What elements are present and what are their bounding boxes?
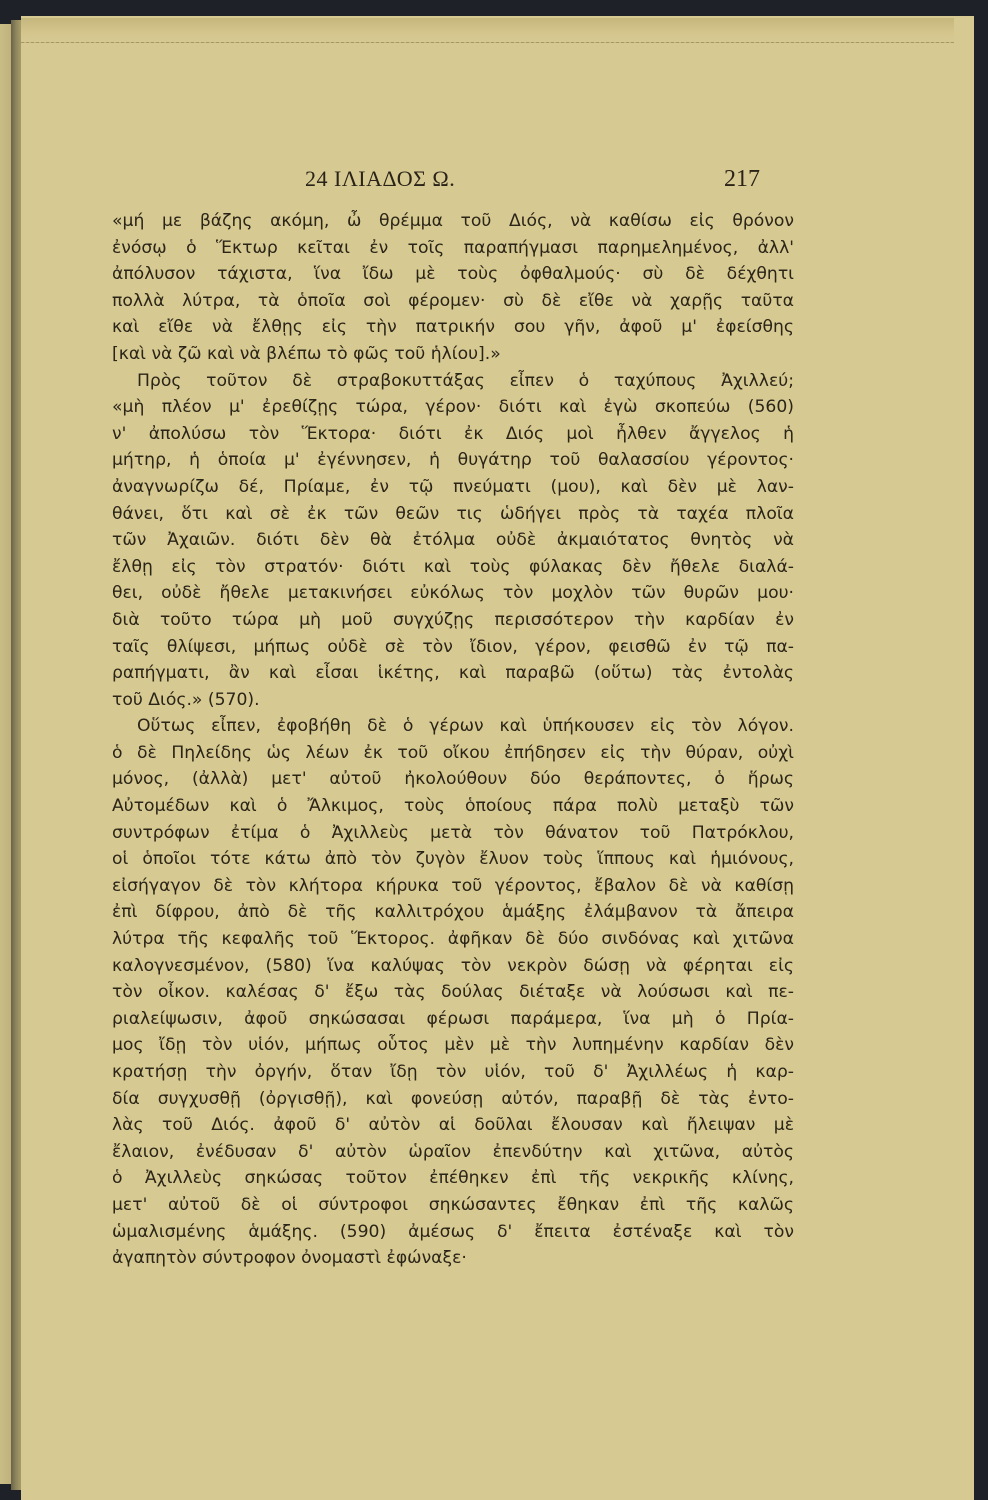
text-line: ἀγαπητὸν σύντροφον ὀνομαστὶ ἐφώναξε· bbox=[112, 1245, 794, 1272]
text-line: μήτηρ, ἡ ὁποία μ' ἐγέννησεν, ἡ θυγάτηρ τ… bbox=[112, 447, 794, 474]
text-line: διὰ τοῦτο τώρα μὴ μοῦ συγχύζῃς περισσότε… bbox=[112, 607, 794, 634]
text-line: Οὕτως εἶπεν, ἐφοβήθη δὲ ὁ γέρων καὶ ὑπήκ… bbox=[112, 713, 794, 740]
text-line: λύτρα τῆς κεφαλῆς τοῦ Ἕκτορος. ἀφῆκαν δὲ… bbox=[112, 926, 794, 953]
text-line: ἔλθῃ εἰς τὸν στρατόν· διότι καὶ τοὺς φύλ… bbox=[112, 554, 794, 581]
text-line: θάνει, ὅτι καὶ σὲ ἐκ τῶν θεῶν τις ὡδήγει… bbox=[112, 501, 794, 528]
text-line: ταῖς θλίψεσι, μήπως οὐδὲ σὲ τὸν ἴδιον, γ… bbox=[112, 634, 794, 661]
text-line: Αὐτομέδων καὶ ὁ Ἄλκιμος, τοὺς ὁποίους πά… bbox=[112, 793, 794, 820]
text-line: ὁ Ἀχιλλεὺς σηκώσας τοῦτον ἐπέθηκεν ἐπὶ τ… bbox=[112, 1165, 794, 1192]
text-line: ἔλαιον, ἐνέδυσαν δ' αὐτὸν ὡραῖον ἐπενδύτ… bbox=[112, 1139, 794, 1166]
body-text: «μή με βάζης ακόμη, ὦ θρέμμα τοῦ Διός, ν… bbox=[112, 208, 794, 1272]
text-line: οἱ ὁποῖοι τότε κάτω ἀπὸ τὸν ζυγὸν ἔλυον … bbox=[112, 846, 794, 873]
page-top-fold bbox=[21, 18, 954, 43]
text-line: δία συγχυσθῇ (ὀργισθῇ), καὶ φονεύσῃ αὐτό… bbox=[112, 1086, 794, 1113]
text-line: τῶν Ἀχαιῶν. διότι δὲν θὰ ἐτόλμα οὐδὲ ἀκμ… bbox=[112, 527, 794, 554]
text-line: συντρόφων ἐτίμα ὁ Ἀχιλλεὺς μετὰ τὸν θάνα… bbox=[112, 820, 794, 847]
text-line: «μὴ πλέον μ' ἐρεθίζῃς τώρα, γέρον· διότι… bbox=[112, 394, 794, 421]
text-line: καλογνεσμένον, (580) ἵνα καλύψας τὸν νεκ… bbox=[112, 953, 794, 980]
text-line: «μή με βάζης ακόμη, ὦ θρέμμα τοῦ Διός, ν… bbox=[112, 208, 794, 235]
text-line: θει, οὐδὲ ἤθελε μετακινήσει εὐκόλως τὸν … bbox=[112, 580, 794, 607]
text-line: [καὶ νὰ ζῶ καὶ νὰ βλέπω τὸ φῶς τοῦ ἡλίου… bbox=[112, 341, 794, 368]
text-line: μόνος, (ἀλλὰ) μετ' αὐτοῦ ἠκολούθουν δύο … bbox=[112, 766, 794, 793]
text-line: ἀπόλυσον τάχιστα, ἵνα ἴδω μὲ τοὺς ὀφθαλμ… bbox=[112, 261, 794, 288]
text-line: ριαλείψωσιν, ἀφοῦ σηκώσασαι φέρωσι παράμ… bbox=[112, 1006, 794, 1033]
text-line: μος ἴδῃ τὸν υἱόν, μήπως οὗτος μὲν μὲ τὴν… bbox=[112, 1032, 794, 1059]
text-line: πολλὰ λύτρα, τὰ ὁποῖα σοὶ φέρομεν· σὺ δὲ… bbox=[112, 288, 794, 315]
text-line: ὁ δὲ Πηλείδης ὡς λέων ἐκ τοῦ οἴκου ἐπήδη… bbox=[112, 740, 794, 767]
text-line: λὰς τοῦ Διός. ἀφοῦ δ' αὐτὸν αἱ δοῦλαι ἔλ… bbox=[112, 1112, 794, 1139]
running-head-text: 24 ΙΛΙΑΔΟΣ Ω. bbox=[305, 166, 455, 191]
text-line: εἰσήγαγον δὲ τὸν κλήτορα κήρυκα τοῦ γέρο… bbox=[112, 873, 794, 900]
text-line: τοῦ Διός.» (570). bbox=[112, 687, 794, 714]
running-head: 24 ΙΛΙΑΔΟΣ Ω. bbox=[305, 166, 455, 192]
text-line: ἐνόσῳ ὁ Ἕκτωρ κεῖται ἐν τοῖς παραπήγμασι… bbox=[112, 235, 794, 262]
text-line: καὶ εἴθε νὰ ἔλθῃς εἰς τὴν πατρικήν σου γ… bbox=[112, 314, 794, 341]
text-line: ὡμαλισμένης ἁμάξης. (590) ἀμέσως δ' ἔπει… bbox=[112, 1219, 794, 1246]
text-line: ἐπὶ δίφρου, ἀπὸ δὲ τῆς καλλιτρόχου ἁμάξη… bbox=[112, 899, 794, 926]
page-number: 217 bbox=[724, 166, 760, 193]
text-line: Πρὸς τοῦτον δὲ στραβοκυττάξας εἶπεν ὁ τα… bbox=[112, 368, 794, 395]
text-line: ἀναγνωρίζω δέ, Πρίαμε, ἐν τῷ πνεύματι (μ… bbox=[112, 474, 794, 501]
book-gutter bbox=[11, 20, 21, 1490]
text-line: κρατήσῃ τὴν ὀργήν, ὅταν ἴδῃ τὸν υἱόν, το… bbox=[112, 1059, 794, 1086]
text-line: ν' ἀπολύσω τὸν Ἕκτορα· διότι ἐκ Διός μοὶ… bbox=[112, 421, 794, 448]
text-line: τὸν οἶκον. καλέσας δ' ἔξω τὰς δούλας διέ… bbox=[112, 979, 794, 1006]
text-line: μετ' αὐτοῦ δὲ οἱ σύντροφοι σηκώσαντες ἔθ… bbox=[112, 1192, 794, 1219]
text-line: ραπήγματι, ἂν καὶ εἶσαι ἱκέτης, καὶ παρα… bbox=[112, 660, 794, 687]
